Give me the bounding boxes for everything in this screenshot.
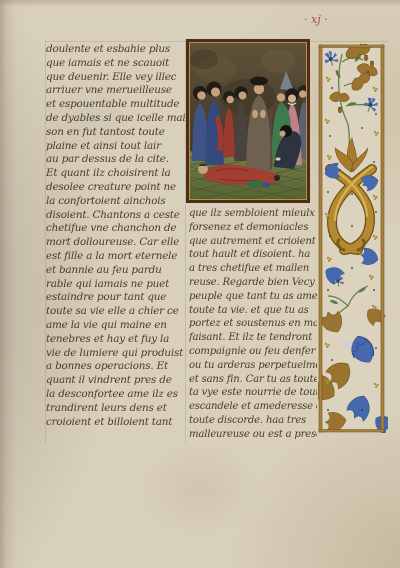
text-line: peuple que tant tu as ame (189, 290, 317, 304)
text-line: que iamais et ne scauoit (46, 57, 187, 71)
text-line: Et quant ilz choisirent la (46, 167, 187, 181)
text-line: toute ta vie. et que tu as (189, 304, 317, 318)
text-line: ame la vie qui maine en (46, 319, 187, 333)
text-line: ta vye este nourrie de tout (189, 386, 317, 400)
text-line: que autrement et crioient (189, 235, 317, 249)
text-line: la confortoient ainchois (46, 195, 187, 209)
text-line: escandele et amederesse de (189, 400, 317, 414)
text-line: doulente et esbahie plus (46, 43, 187, 57)
text-line: forsenez et demoniacles (189, 221, 317, 235)
text-line: que ilz sembloient mieulx (189, 207, 317, 221)
text-line: au par dessus de la cite. (46, 153, 187, 167)
text-line: portez et soustenus en mal (189, 317, 317, 331)
text-line: et bannie au feu pardu (46, 264, 187, 278)
text-line: plaine et ainsi tout lair (46, 140, 187, 154)
text-line: faisant. Et ilz te tendront (189, 331, 317, 345)
text-line: reuse. Regarde bien Vecy le (189, 276, 317, 290)
text-line: mort dolloureuse. Car elle (46, 236, 187, 250)
text-line: son en fut tantost toute (46, 126, 187, 140)
text-line: ou tu arderas perpetuelmet (189, 359, 317, 373)
text-line: malleureuse ou est a preset (189, 428, 317, 442)
text-line: tout hault et disoient. ha (189, 248, 317, 262)
text-line: quant il vindrent pres de (46, 374, 187, 388)
text-line: trandirent leurs dens et (46, 402, 187, 416)
text-line: vie de lumiere qui produist (46, 347, 187, 361)
illuminated-border (318, 44, 388, 433)
text-line: a tres chetifue et mallen (189, 262, 317, 276)
text-line: et sans fin. Car tu as toute (189, 373, 317, 387)
text-line: est fille a la mort eternele (46, 250, 187, 264)
text-line: croioient et billoient tant (46, 416, 187, 430)
text-line: estaindre pour tant que (46, 291, 187, 305)
text-line: la desconfortee ame ilz es (46, 388, 187, 402)
text-line: desolee creature point ne (46, 181, 187, 195)
text-line: toute sa vie elle a chier ce (46, 305, 187, 319)
parchment-stain (120, 430, 280, 550)
manuscript-page: · xj · doulente et esbahie plusque iamai… (0, 0, 400, 568)
miniature-illustration (186, 39, 310, 203)
text-line: compaignie ou feu denfer (189, 345, 317, 359)
text-line: a bonnes operacions. Et (46, 360, 187, 374)
text-line: que deuenir. Elle vey illec (46, 71, 187, 85)
text-line: disoient. Chantons a ceste (46, 209, 187, 223)
mourner-figure (223, 91, 235, 157)
text-line: rable qui iamais ne puet (46, 278, 187, 292)
text-line: chetifue vne chanchon de (46, 222, 187, 236)
miniature-scene (186, 39, 310, 203)
text-line: tenebres et hay et fuy la (46, 333, 187, 347)
border-foliage (318, 44, 388, 433)
right-text-column: que ilz sembloient mieulxforsenez et dem… (189, 207, 317, 442)
folio-number: · xj · (294, 13, 338, 26)
text-line: arriuer vne merueilleuse (46, 84, 187, 98)
left-text-column: doulente et esbahie plusque iamais et ne… (46, 43, 187, 429)
text-line: de dyables si que icelle mai (46, 112, 187, 126)
text-line: toute discorde. haa tres (189, 414, 317, 428)
text-line: et espouentable multitude (46, 98, 187, 112)
